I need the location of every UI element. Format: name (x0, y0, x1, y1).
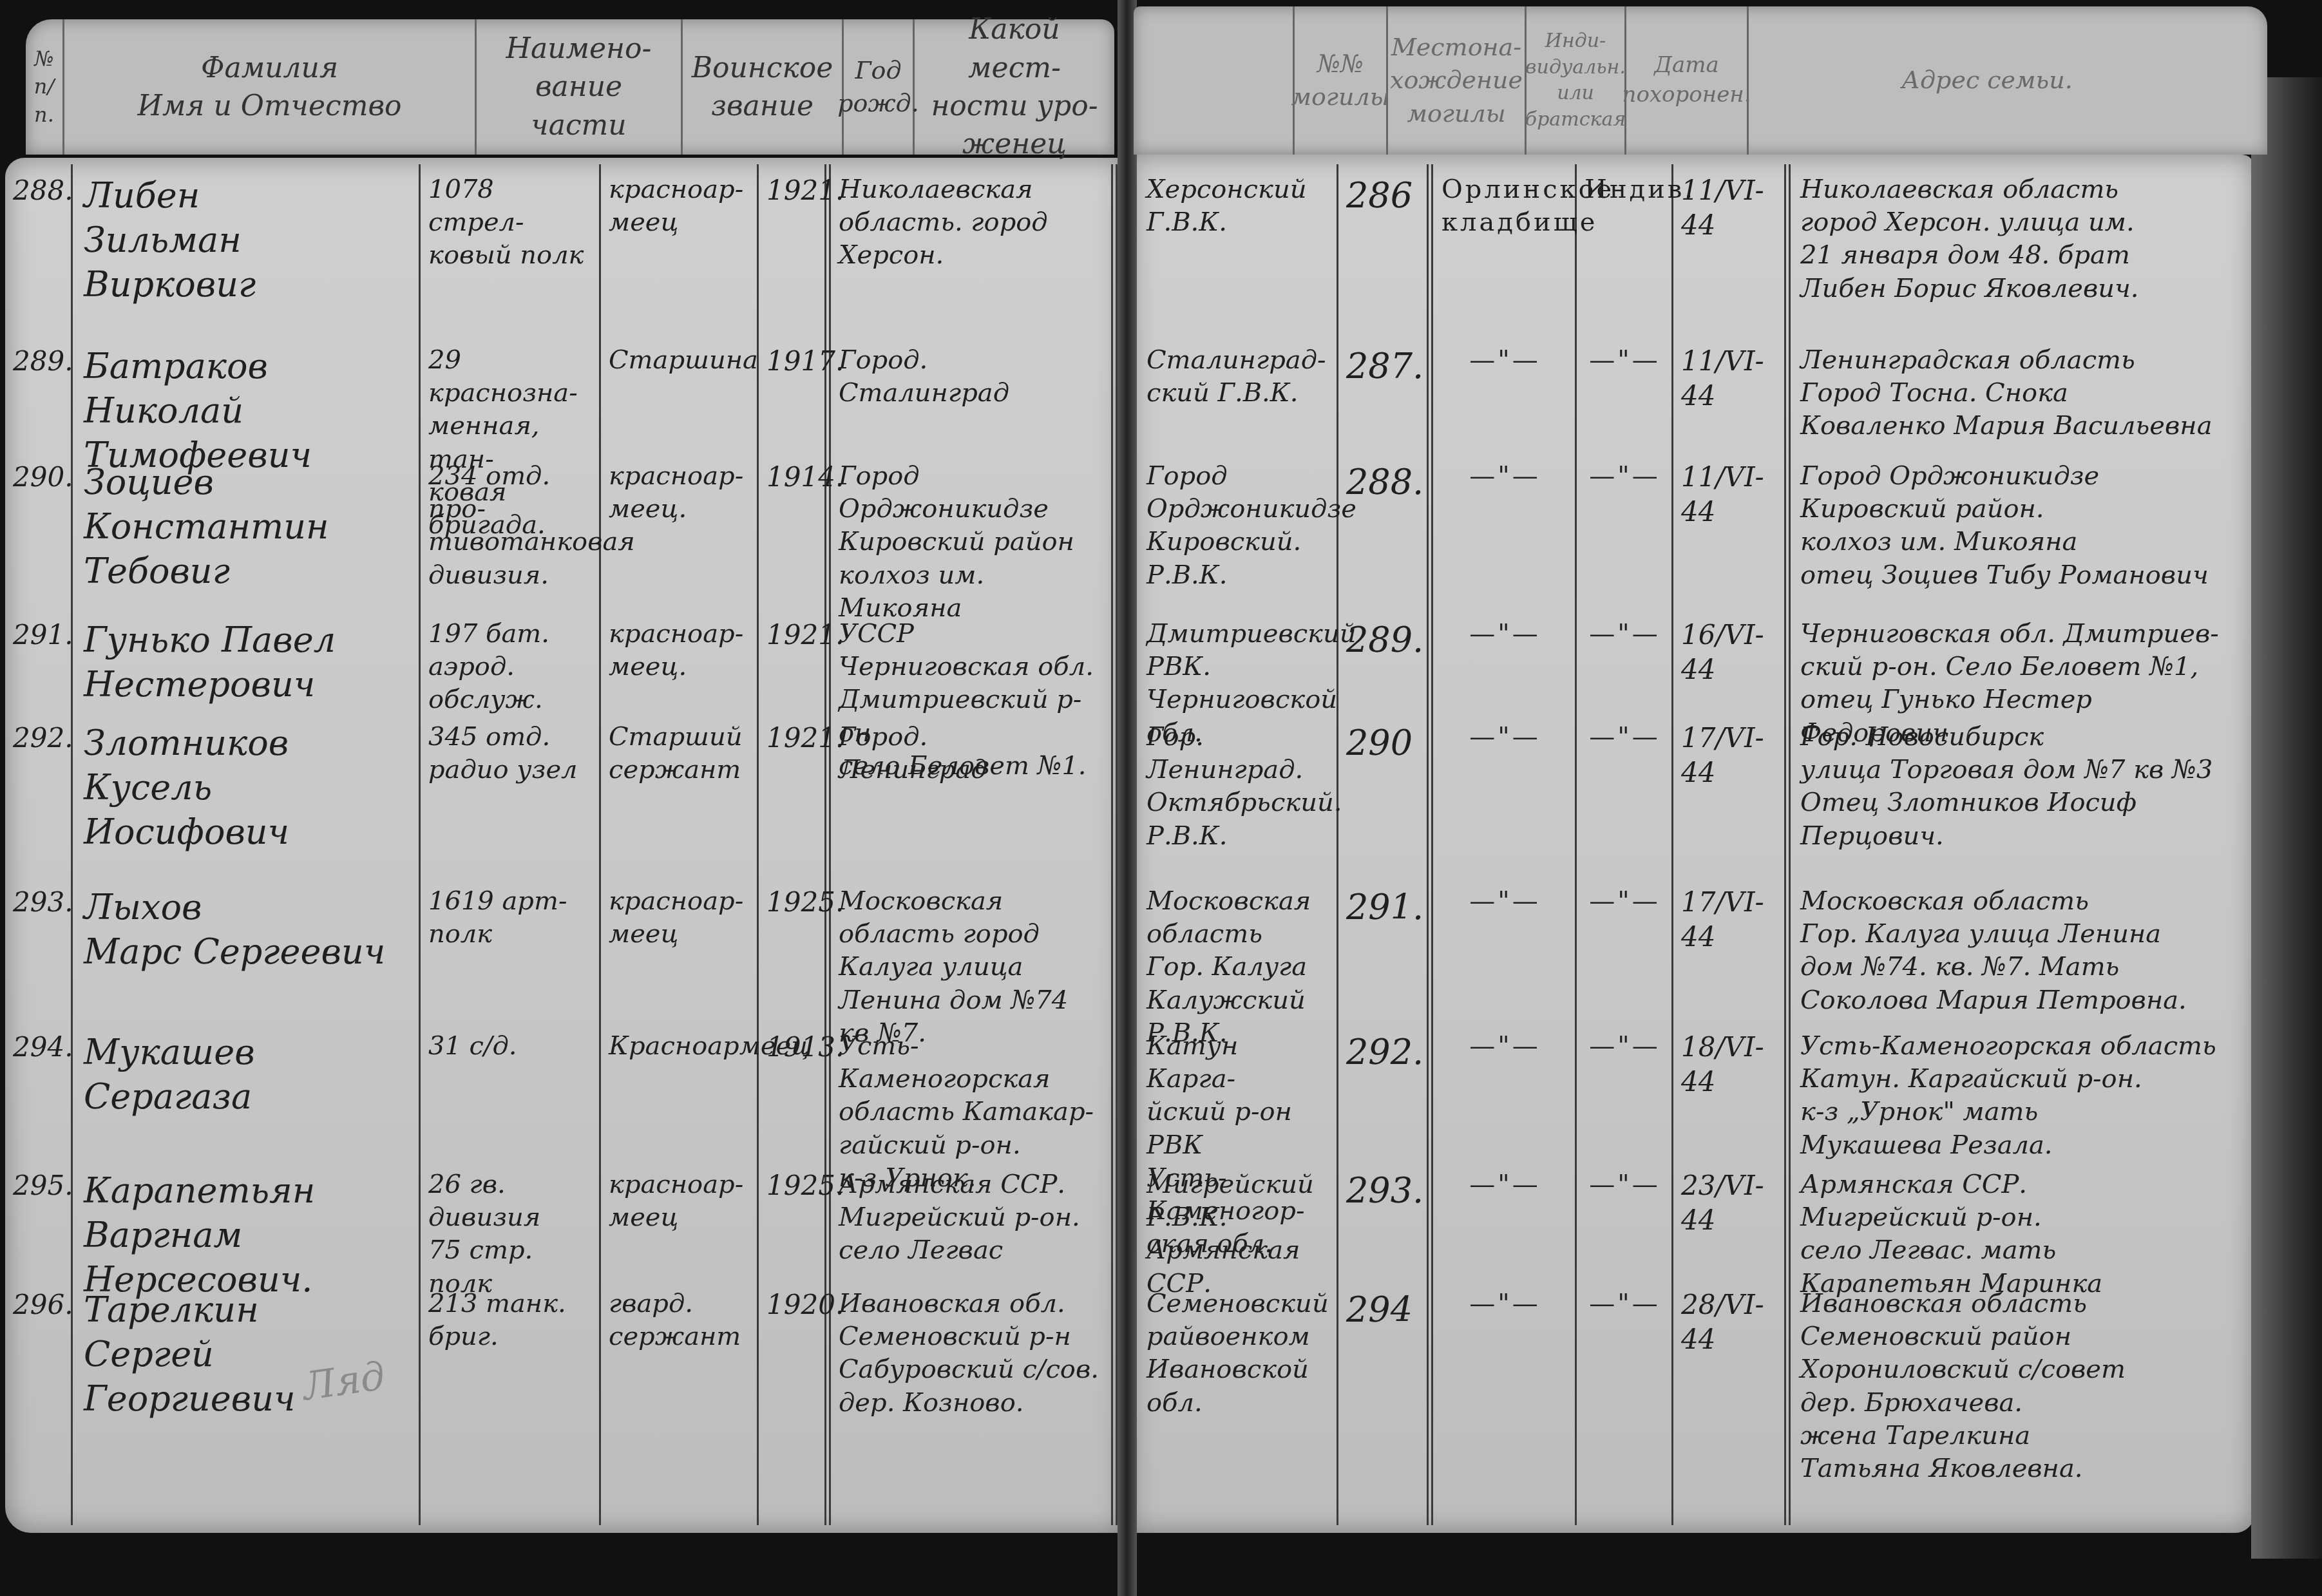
grave-location: —"— (1435, 1027, 1575, 1065)
birth-year: 1913. (760, 1027, 824, 1067)
military-rank: красноар- меец (602, 882, 757, 953)
military-rank: красноар- меец. (602, 457, 757, 528)
draft-office: Город Орджоникидзе Кировский. Р.В.К. (1140, 457, 1337, 594)
draft-office: Сталинград- ский Г.В.К. (1140, 341, 1337, 412)
burial-date: 11/VI-44 (1675, 341, 1784, 416)
entry-number: 292. (6, 718, 71, 758)
grave-number: 289. (1340, 615, 1427, 665)
family-address: Николаевская область город Херсон. улица… (1794, 171, 2245, 308)
draft-office: Гор. Ленинград. Октябрьский. Р.В.К. (1140, 718, 1337, 855)
burial-date: 16/VI-44 (1675, 615, 1784, 690)
place-of-origin: Город Орджоникидзе Кировский район колхо… (832, 457, 1109, 627)
grave-type: —"— (1578, 615, 1671, 653)
grave-number: 293. (1340, 1166, 1427, 1215)
family-address: Город Орджоникидзе Кировский район. колх… (1794, 457, 2245, 594)
grave-location: —"— (1435, 882, 1575, 920)
burial-date: 28/VI-44 (1675, 1285, 1784, 1360)
birth-year: 1921. (760, 615, 824, 655)
entry-number: 289. (6, 341, 71, 381)
place-of-origin: Город. Сталинград (832, 341, 1109, 412)
grave-location: —"— (1435, 718, 1575, 756)
military-rank: Старший сержант (602, 718, 757, 789)
birth-year: 1917. (760, 341, 824, 381)
soldier-name: Гунько Павел Нестерович (77, 615, 419, 709)
family-address: Усть-Каменогорская область Катун. Каргай… (1794, 1027, 2245, 1164)
family-address: Гор. Новосибирск улица Торговая дом №7 к… (1794, 718, 2245, 855)
birth-year: 1920. (760, 1285, 824, 1325)
entry-number: 296. (6, 1285, 71, 1325)
military-unit: 1619 арт- полк (422, 882, 599, 953)
entry-number: 288. (6, 171, 71, 211)
entry-number: 293. (6, 882, 71, 922)
grave-number: 294 (1340, 1285, 1427, 1335)
soldier-name: Лыхов Марс Сергеевич (77, 882, 419, 976)
military-rank: красноар- меец (602, 171, 757, 242)
military-unit: 1078 стрел- ковый полк (422, 171, 599, 275)
military-unit: 345 отд. радио узел (422, 718, 599, 789)
burial-date: 23/VI-44 (1675, 1166, 1784, 1240)
burial-date: 17/VI-44 (1675, 882, 1784, 957)
grave-location: —"— (1435, 341, 1575, 379)
grave-number: 290 (1340, 718, 1427, 768)
grave-location: —"— (1435, 457, 1575, 495)
place-of-origin: Николаевская область. город Херсон. (832, 171, 1109, 275)
military-unit: 213 танк. бриг. (422, 1285, 599, 1356)
family-address: Ленинградская область Город Тосна. Снока… (1794, 341, 2245, 446)
grave-number: 291. (1340, 882, 1427, 932)
military-rank: Красноармеец (602, 1027, 757, 1065)
burial-date: 11/VI-44 (1675, 171, 1784, 245)
birth-year: 1921. (760, 171, 824, 211)
place-of-origin: Ивановская обл. Семеновский р-н Сабуровс… (832, 1285, 1109, 1422)
grave-location: —"— (1435, 1166, 1575, 1204)
birth-year: 1925. (760, 882, 824, 922)
military-unit: 234 отд. про- тивотанковая дивизия. (422, 457, 599, 594)
entry-number: 295. (6, 1166, 71, 1206)
burial-date: 17/VI-44 (1675, 718, 1784, 793)
military-rank: красноар- меец. (602, 615, 757, 686)
birth-year: 1914. (760, 457, 824, 497)
grave-type: —"— (1578, 1285, 1671, 1323)
grave-type: —"— (1578, 718, 1671, 756)
military-unit: 26 гв. дивизия 75 стр. полк (422, 1166, 599, 1303)
soldier-name: Тарелкин Сергей Георгиевич (77, 1285, 419, 1423)
military-rank: гвард. сержант (602, 1285, 757, 1356)
military-unit: 31 с/д. (422, 1027, 599, 1065)
soldier-name: Злотников Кусель Иосифович (77, 718, 419, 857)
place-of-origin: Город. Ленинград (832, 718, 1109, 789)
draft-office: Семеновский райвоенком Ивановской обл. (1140, 1285, 1337, 1422)
grave-type: —"— (1578, 1166, 1671, 1204)
grave-number: 286 (1340, 171, 1427, 220)
grave-number: 288. (1340, 457, 1427, 507)
grave-location: —"— (1435, 1285, 1575, 1323)
birth-year: 1921. (760, 718, 824, 758)
entry-number: 290. (6, 457, 71, 497)
draft-office: Мигрейский Р.В.К. Армянская ССР. (1140, 1166, 1337, 1303)
entry-number: 294. (6, 1027, 71, 1067)
soldier-name: Зоциев Константин Тебовиг (77, 457, 419, 596)
grave-location: Орлинское кладбище (1435, 171, 1575, 242)
military-rank: Старшина (602, 341, 757, 379)
grave-number: 287. (1340, 341, 1427, 391)
family-address: Ивановская область Семеновский район Хор… (1794, 1285, 2245, 1488)
draft-office: Херсонский Г.В.К. (1140, 171, 1337, 242)
grave-type: —"— (1578, 457, 1671, 495)
military-unit: 197 бат. аэрод. обслуж. (422, 615, 599, 719)
entry-number: 291. (6, 615, 71, 655)
birth-year: 1925. (760, 1166, 824, 1206)
soldier-name: Карапетьян Варгнам Нерсесович. (77, 1166, 419, 1304)
soldier-name: Либен Зильман Вирковиг (77, 171, 419, 309)
grave-type: Индив. (1578, 171, 1671, 209)
family-address: Московская область Гор. Калуга улица Лен… (1794, 882, 2245, 1020)
burial-date: 11/VI-44 (1675, 457, 1784, 532)
grave-type: —"— (1578, 341, 1671, 379)
grave-location: —"— (1435, 615, 1575, 653)
grave-type: —"— (1578, 882, 1671, 920)
soldier-name: Мукашев Серагаза (77, 1027, 419, 1121)
military-rank: красноар- меец (602, 1166, 757, 1237)
family-address: Армянская ССР. Мигрейский р-он. село Лег… (1794, 1166, 2245, 1303)
grave-number: 292. (1340, 1027, 1427, 1077)
burial-date: 18/VI-44 (1675, 1027, 1784, 1102)
place-of-origin: Армянская ССР. Мигрейский р-он. село Лег… (832, 1166, 1109, 1270)
grave-type: —"— (1578, 1027, 1671, 1065)
